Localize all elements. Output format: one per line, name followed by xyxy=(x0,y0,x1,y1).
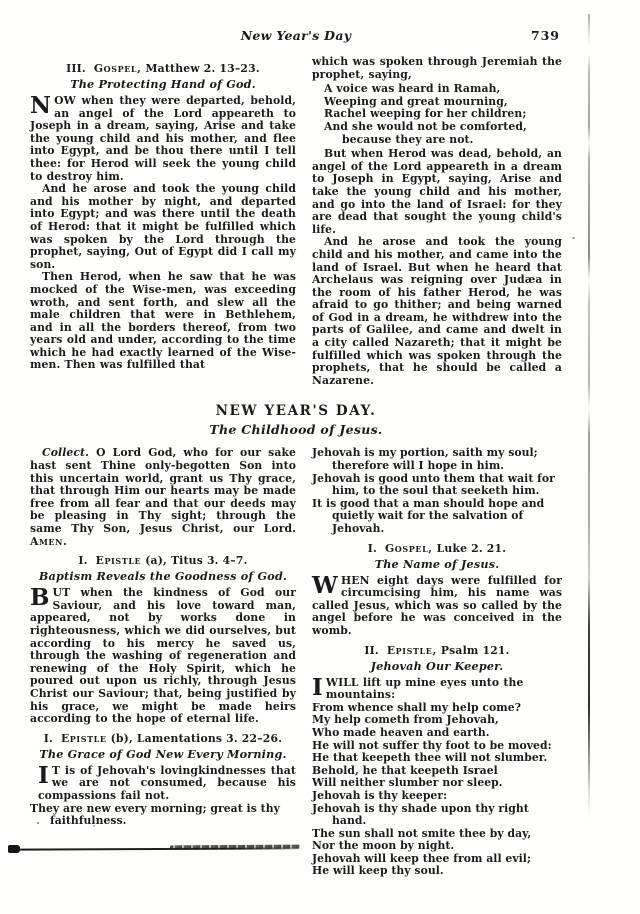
gospel-1-heading: I. Gospel, Luke 2. 21. xyxy=(312,542,562,555)
scan-artifact-vertical-line xyxy=(588,14,590,820)
psalm-line: Jehovah is thy keeper: xyxy=(312,790,562,803)
epistle-a-subtitle: Baptism Reveals the Goodness of God. xyxy=(30,570,296,583)
dropcap-I: I xyxy=(312,677,326,698)
psalm-line: Who made heaven and earth. xyxy=(312,727,562,740)
psalm-line: He that keepeth thee will not slumber. xyxy=(312,752,562,765)
collect-amen: Amen. xyxy=(30,535,67,548)
heading-keyword: Gospel, xyxy=(94,62,142,75)
gospel-3-subtitle: The Protecting Hand of God. xyxy=(30,78,296,91)
paragraph-text: HEN eight days were fulfilled for circum… xyxy=(312,574,562,637)
verse-text: WILL lift up mine eyes unto the mountain… xyxy=(326,676,524,702)
heading-numeral: I. xyxy=(368,542,377,555)
psalm-line: Nor the moon by night. xyxy=(312,840,562,853)
heading-reference: (a), Titus 3. 4–7. xyxy=(145,554,247,567)
page-content: New Year's Day 739 III. Gospel, Matthew … xyxy=(30,28,562,878)
gospel-1-subtitle: The Name of Jesus. xyxy=(312,558,562,571)
quote-line: A voice was heard in Ramah, xyxy=(312,83,562,96)
gospel-3-paragraph-6: And he arose and took the young child an… xyxy=(312,236,562,387)
gospel-3-paragraph-2: And he arose and took the young child an… xyxy=(30,183,296,271)
dropcap-N: N xyxy=(30,95,54,116)
heading-keyword: Gospel, xyxy=(385,542,433,555)
heading-keyword: Epistle, xyxy=(387,644,437,657)
epistle-b-subtitle: The Grace of God New Every Morning. xyxy=(30,748,296,761)
psalm-line: Jehovah is thy shade upon thy right hand… xyxy=(312,803,562,828)
gospel-3-heading: III. Gospel, Matthew 2. 13–23. xyxy=(30,62,296,75)
new-years-day-title: NEW YEAR'S DAY. xyxy=(30,403,562,419)
scan-speck xyxy=(93,825,95,827)
heading-numeral: I. xyxy=(44,732,53,745)
scan-speck xyxy=(524,747,526,749)
epistle-b-verse-1: IT is of Jehovah's lovingkindnesses that… xyxy=(30,765,296,803)
dropcap-I: I xyxy=(38,765,52,786)
new-years-day-subtitle: The Childhood of Jesus. xyxy=(30,422,562,437)
quote-line: And she would not be comforted, because … xyxy=(312,121,562,146)
smudge-fuzz xyxy=(170,845,300,850)
heading-reference: Psalm 121. xyxy=(441,644,510,657)
left-column-top: III. Gospel, Matthew 2. 13–23. The Prote… xyxy=(30,56,296,387)
heading-keyword: Epistle xyxy=(96,554,142,567)
gospel-3-paragraph-5: But when Herod was dead, behold, an ange… xyxy=(312,148,562,236)
heading-reference: Matthew 2. 13–23. xyxy=(145,62,259,75)
left-column-bottom: Collect. O Lord God, who for our sake ha… xyxy=(30,447,296,878)
scan-artifact-bottom-smudge xyxy=(8,844,304,854)
gospel-1-paragraph: WHEN eight days were fulfilled for circu… xyxy=(312,575,562,638)
heading-numeral: II. xyxy=(364,644,378,657)
paragraph-text: UT when the kindness of God our Saviour,… xyxy=(30,586,296,725)
heading-reference: (b), Lamentations 3. 22–26. xyxy=(111,732,283,745)
page-number: 739 xyxy=(531,28,560,43)
verse-text: T is of Jehovah's lovingkindnesses that … xyxy=(38,764,296,802)
epistle-2-heading: II. Epistle, Psalm 121. xyxy=(312,644,562,657)
scan-speck xyxy=(572,237,575,239)
collect-text: O Lord God, who for our sake hast sent T… xyxy=(30,446,296,535)
running-header-title: New Year's Day xyxy=(30,28,562,43)
lamentations-verse: It is good that a man should hope and qu… xyxy=(312,498,562,536)
gospel-3-paragraph-1: NOW when they were departed, behold, an … xyxy=(30,95,296,183)
right-column-top: which was spoken through Jeremiah the pr… xyxy=(312,56,562,387)
collect-paragraph: Collect. O Lord God, who for our sake ha… xyxy=(30,447,296,548)
heading-numeral: I. xyxy=(78,554,87,567)
epistle-b-heading: I. Epistle (b), Lamentations 3. 22–26. xyxy=(30,732,296,745)
heading-keyword: Epistle xyxy=(61,732,107,745)
dropcap-B: B xyxy=(30,587,53,608)
paragraph-text: OW when they were departed, behold, an a… xyxy=(30,94,296,183)
running-header: New Year's Day 739 xyxy=(30,28,562,46)
gospel-3-paragraph-4: which was spoken through Jeremiah the pr… xyxy=(312,56,562,81)
epistle-b-verse-2: They are new every morning; great is thy… xyxy=(30,803,296,828)
lamentations-verse: Jehovah is my portion, saith my soul; th… xyxy=(312,447,562,472)
gospel-3-section: III. Gospel, Matthew 2. 13–23. The Prote… xyxy=(30,56,562,387)
heading-reference: Luke 2. 21. xyxy=(437,542,507,555)
ramah-quotation: A voice was heard in Ramah, Weeping and … xyxy=(312,83,562,146)
psalm-line: He will keep thy soul. xyxy=(312,865,562,878)
epistle-a-heading: I. Epistle (a), Titus 3. 4–7. xyxy=(30,554,296,567)
epistle-a-paragraph: BUT when the kindness of God our Saviour… xyxy=(30,587,296,726)
lamentations-verse: Jehovah is good unto them that wait for … xyxy=(312,473,562,498)
psalm-opening: IWILL lift up mine eyes unto the mountai… xyxy=(312,677,562,702)
collect-label: Collect. xyxy=(42,446,89,459)
epistle-2-subtitle: Jehovah Our Keeper. xyxy=(312,660,562,673)
heading-numeral: III. xyxy=(66,62,86,75)
book-page-scan: New Year's Day 739 III. Gospel, Matthew … xyxy=(0,0,640,914)
gospel-3-paragraph-3: Then Herod, when he saw that he was mock… xyxy=(30,271,296,372)
right-column-bottom: Jehovah is my portion, saith my soul; th… xyxy=(312,447,562,878)
dropcap-W: W xyxy=(312,575,341,596)
scan-speck xyxy=(37,822,39,824)
new-years-day-section: Collect. O Lord God, who for our sake ha… xyxy=(30,447,562,878)
